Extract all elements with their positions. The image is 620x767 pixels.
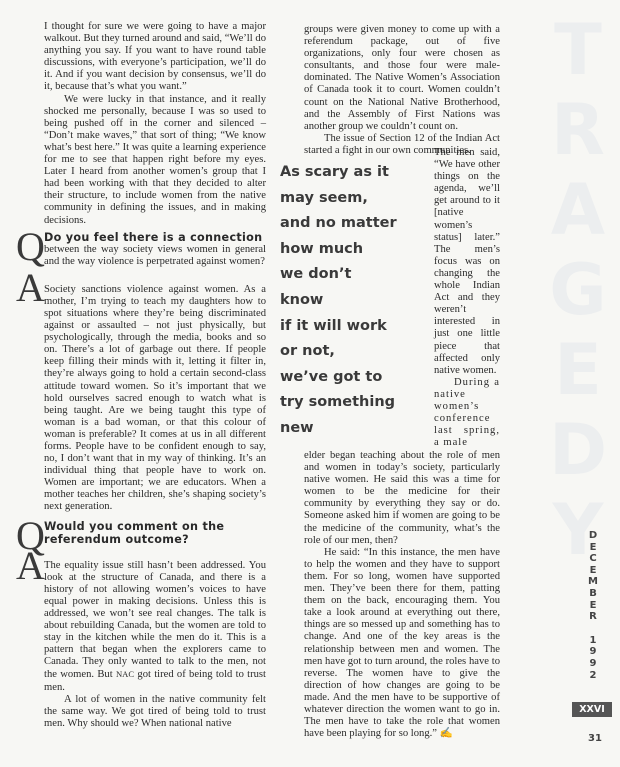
body-paragraph: elder began teaching about the role of m…: [304, 450, 500, 547]
month-letter: D: [586, 530, 600, 542]
year-digit: 9: [586, 658, 600, 670]
ghost-letter: D: [548, 410, 608, 490]
pull-quote-line: As scary as it: [280, 160, 430, 186]
question-block: Q Would you comment on the referendum ou…: [44, 520, 266, 546]
pull-quote-line: and no matter: [280, 211, 430, 237]
pull-quote-line: if it will work: [280, 314, 430, 340]
article-column-right-bottom: elder began teaching about the role of m…: [304, 450, 500, 740]
abbreviation: NAC: [116, 669, 134, 679]
pull-quote-line: how much: [280, 237, 430, 263]
show-through-title: T R A G E D Y: [548, 10, 608, 570]
month-letter: E: [586, 600, 600, 612]
page-number: 31: [588, 733, 602, 744]
month-letter: M: [586, 576, 600, 588]
answer-block: A Society sanctions violence against wom…: [44, 284, 266, 514]
question-heading: Would you comment on the referendum outc…: [44, 520, 266, 546]
article-column-right-top: groups were given money to come up with …: [304, 24, 500, 157]
pull-quote: As scary as it may seem, and no matter h…: [280, 160, 430, 442]
question-block: Q Do you feel there is a connection betw…: [44, 231, 266, 268]
ghost-letter: G: [548, 250, 608, 330]
body-paragraph: I thought for sure we were going to have…: [44, 21, 266, 94]
question-heading: Do you feel there is a connection: [44, 231, 266, 244]
month-letter: B: [586, 588, 600, 600]
answer-block: A The equality issue still hasn’t been a…: [44, 560, 266, 730]
article-column-left: I thought for sure we were going to have…: [44, 21, 266, 730]
ghost-letter: T: [548, 10, 608, 90]
answer-part: The equality issue still hasn’t been add…: [44, 560, 266, 681]
pull-quote-line: we don’t: [280, 262, 430, 288]
question-text: between the way society views women in g…: [44, 244, 266, 268]
pull-quote-line: new: [280, 416, 430, 442]
ghost-letter: E: [548, 330, 608, 410]
a-drop-letter: A: [16, 546, 45, 586]
a-drop-letter: A: [16, 268, 45, 308]
body-paragraph: We were lucky in that instance, and it r…: [44, 94, 266, 227]
body-paragraph: A lot of women in the native community f…: [44, 694, 266, 730]
body-paragraph: He said: “In this instance, the men have…: [304, 547, 500, 741]
pull-quote-line: try something: [280, 390, 430, 416]
ghost-letter: A: [548, 170, 608, 250]
answer-text: Society sanctions violence against women…: [44, 284, 266, 514]
year-digit: 1: [586, 635, 600, 647]
ghost-letter: R: [548, 90, 608, 170]
month-letter: R: [586, 611, 600, 623]
body-paragraph: The men said, “We have other things on t…: [434, 147, 500, 377]
month-letter: C: [586, 553, 600, 565]
body-paragraph: groups were given money to come up with …: [304, 24, 500, 133]
year-digit: 9: [586, 646, 600, 658]
volume-badge: XXVI: [572, 702, 612, 717]
end-mark-icon: ✍: [440, 728, 453, 739]
paragraph-text: He said: “In this instance, the men have…: [304, 547, 500, 739]
article-column-narrow: The men said, “We have other things on t…: [434, 147, 500, 449]
q-drop-letter: Q: [16, 227, 45, 267]
pull-quote-line: may seem,: [280, 186, 430, 212]
pull-quote-line: or not,: [280, 339, 430, 365]
vertical-date: D E C E M B E R 1 9 9 2: [586, 530, 600, 681]
month-letter: E: [586, 565, 600, 577]
answer-text: The equality issue still hasn’t been add…: [44, 560, 266, 694]
body-paragraph: During a native women’s conference last …: [434, 377, 500, 450]
month-letter: E: [586, 542, 600, 554]
pull-quote-line: know: [280, 288, 430, 314]
year-digit: 2: [586, 670, 600, 682]
pull-quote-line: we’ve got to: [280, 365, 430, 391]
